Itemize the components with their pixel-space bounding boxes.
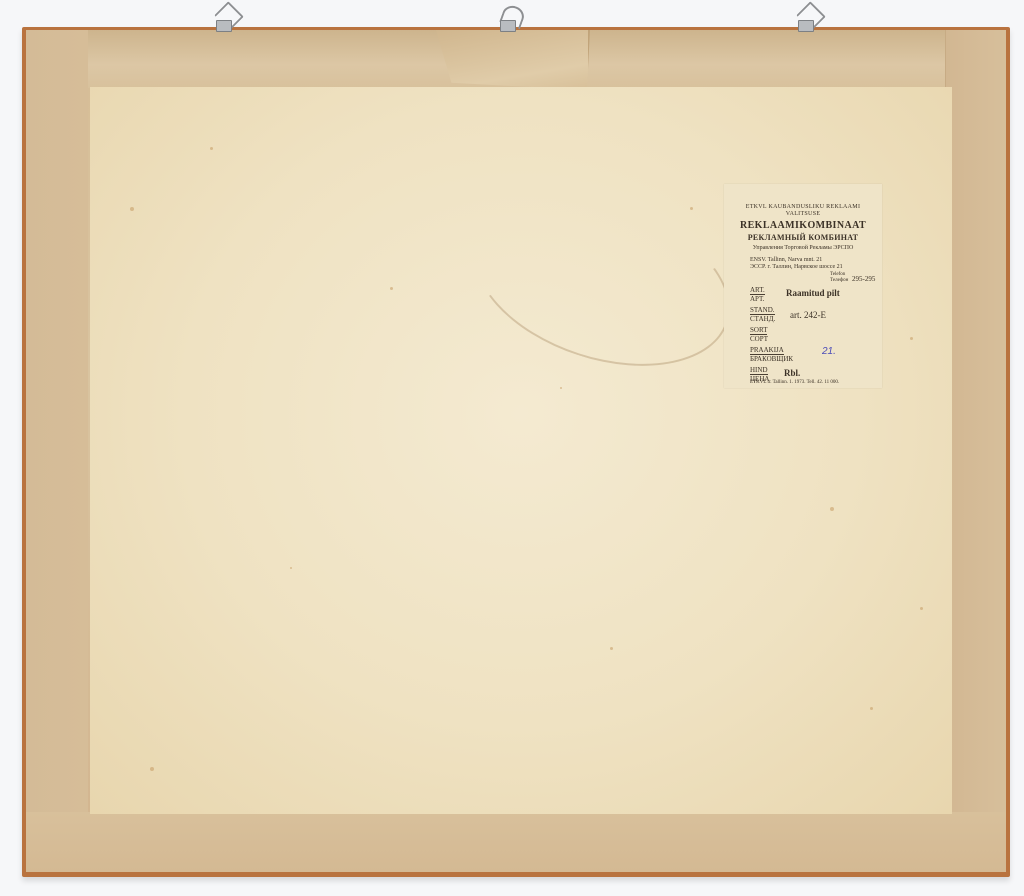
label-footer: ETKVL tr. Tallinn. 1. 1973. Tell. 42. 11… [750, 380, 839, 385]
foxing-spot [610, 647, 613, 650]
hanger-plate-icon [500, 20, 516, 32]
label-telephone-number: 295-295 [852, 275, 875, 283]
label-company-ru: РЕКЛАМНЫЙ КОМБИНАТ [724, 233, 882, 242]
foxing-spot [150, 767, 154, 771]
hanger-plate-icon [216, 20, 232, 32]
field-art-et: ART. [750, 286, 765, 295]
field-art-value: Raamitud pilt [786, 288, 840, 298]
label-address: ENSV. Tallinn, Narva mnt. 21 ЭССР. г. Та… [750, 257, 843, 271]
bottom-tape-strip [26, 812, 1006, 872]
field-hind-value: Rbl. [784, 368, 800, 378]
field-stand-value: art. 242-E [790, 310, 826, 320]
label-header-line1: ETKVL KAUBANDUSLIKU REKLAAMI [746, 204, 861, 210]
label-address-et: ENSV. Tallinn, Narva mnt. 21 [750, 257, 843, 264]
label-dept-ru: Управления Торговой Рекламы ЭРСПО [724, 245, 882, 251]
field-sort-ru: СОРТ [750, 335, 768, 343]
label-field-praakija: PRAAKIJA БРАКОВЩИК [750, 346, 793, 363]
torn-tape-fold [436, 30, 590, 90]
inspector-signature: 21. [822, 346, 836, 357]
label-header-org: ETKVL KAUBANDUSLIKU REKLAAMI VALITSUSE [724, 204, 882, 218]
label-address-ru: ЭССР. г. Таллин, Нарвское шоссе 21 [750, 264, 843, 271]
foxing-spot [870, 707, 873, 710]
foxing-spot [210, 147, 213, 150]
pencil-scribble [453, 168, 752, 396]
field-praakija-ru: БРАКОВЩИК [750, 355, 793, 363]
label-company-et: REKLAAMIKOMBINAAT [724, 220, 882, 231]
manufacturer-label: ETKVL KAUBANDUSLIKU REKLAAMI VALITSUSE R… [724, 184, 882, 388]
foxing-spot [290, 567, 292, 569]
label-field-sort: SORT СОРТ [750, 326, 768, 343]
label-header-line2: VALITSUSE [786, 211, 821, 217]
field-stand-ru: СТАНД. [750, 315, 775, 323]
inner-paper-backing: ETKVL KAUBANDUSLIKU REKLAAMI VALITSUSE R… [90, 87, 952, 814]
right-tape-strip [945, 30, 1006, 872]
field-sort-et: SORT [750, 326, 767, 335]
foxing-spot [910, 337, 913, 340]
field-hind-et: HIND [750, 366, 768, 375]
picture-frame: ETKVL KAUBANDUSLIKU REKLAAMI VALITSUSE R… [22, 27, 1010, 877]
foxing-spot [130, 207, 134, 211]
hanger-plate-icon [798, 20, 814, 32]
foxing-spot [690, 207, 693, 210]
field-art-ru: АРТ. [750, 295, 764, 303]
label-field-art: ART. АРТ. [750, 286, 765, 303]
label-telephone-ru: Телефон [830, 278, 848, 284]
kraft-paper-backing: ETKVL KAUBANDUSLIKU REKLAAMI VALITSUSE R… [26, 30, 1006, 872]
label-telephone-caption: Telefon Телефон [830, 272, 848, 284]
foxing-spot [830, 507, 834, 511]
field-praakija-et: PRAAKIJA [750, 346, 784, 355]
foxing-spot [560, 387, 562, 389]
field-stand-et: STAND. [750, 306, 775, 315]
label-field-stand: STAND. СТАНД. [750, 306, 775, 323]
foxing-spot [920, 607, 923, 610]
left-tape-strip [26, 30, 88, 872]
foxing-spot [390, 287, 393, 290]
